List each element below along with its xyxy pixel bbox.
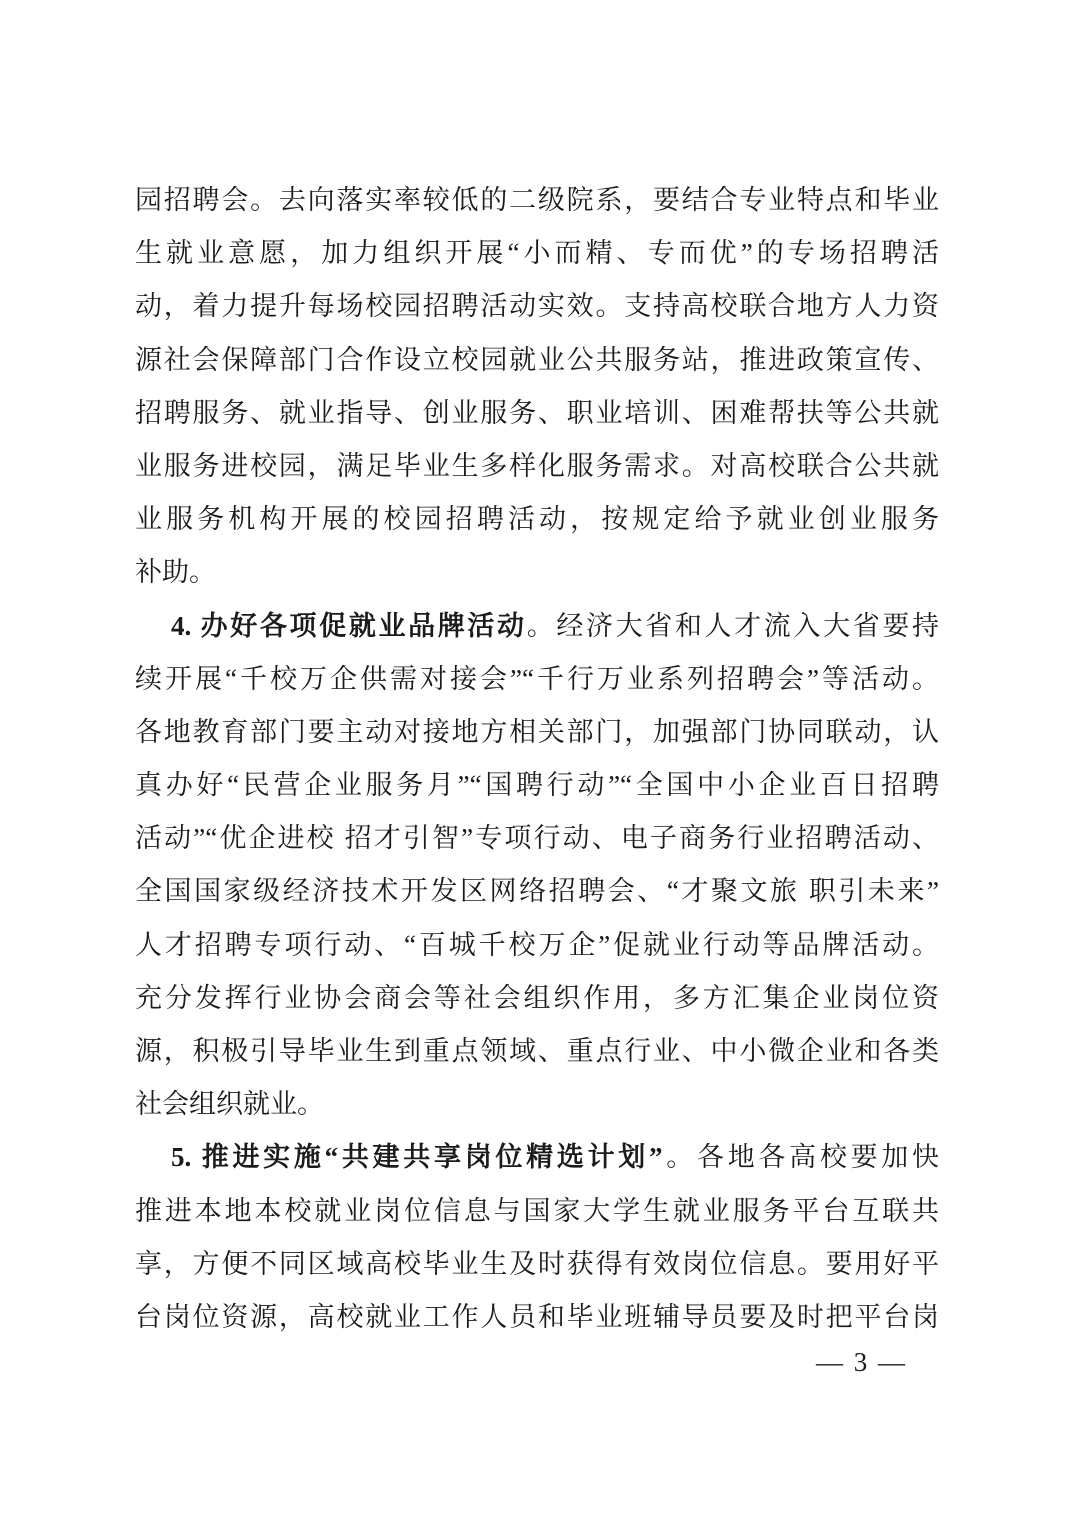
- paragraph-end-line: 社会组织就业。: [135, 1078, 939, 1131]
- item-5-heading-line: 5. 推进实施“共建共享岗位精选计划”。各地各高校要加快: [135, 1131, 939, 1184]
- text-line: 活动”“优企进校 招才引智”专项行动、电子商务行业招聘活动、: [135, 812, 939, 865]
- text-line: 台岗位资源，高校就业工作人员和毕业班辅导员要及时把平台岗: [135, 1291, 939, 1344]
- document-text-block: 园招聘会。去向落实率较低的二级院系，要结合专业特点和毕业 生就业意愿，加力组织开…: [135, 174, 939, 1344]
- text-line: 业服务进校园，满足毕业生多样化服务需求。对高校联合公共就: [135, 440, 939, 493]
- item-4-heading-line: 4. 办好各项促就业品牌活动。经济大省和人才流入大省要持: [135, 600, 939, 653]
- item-4-heading: 4. 办好各项促就业品牌活动: [171, 611, 527, 641]
- item-4-body-start: 。经济大省和人才流入大省要持: [527, 611, 939, 641]
- text-line: 各地教育部门要主动对接地方相关部门，加强部门协同联动，认: [135, 706, 939, 759]
- paragraph-end-line: 补助。: [135, 546, 939, 599]
- text-line: 园招聘会。去向落实率较低的二级院系，要结合专业特点和毕业: [135, 174, 939, 227]
- page-number: — 3 —: [816, 1346, 907, 1378]
- text-line: 真办好“民营企业服务月”“国聘行动”“全国中小企业百日招聘: [135, 759, 939, 812]
- document-page: 园招聘会。去向落实率较低的二级院系，要结合专业特点和毕业 生就业意愿，加力组织开…: [0, 0, 1074, 1519]
- text-line: 业服务机构开展的校园招聘活动，按规定给予就业创业服务: [135, 493, 939, 546]
- text-line: 动，着力提升每场校园招聘活动实效。支持高校联合地方人力资: [135, 280, 939, 333]
- text-line: 续开展“千校万企供需对接会”“千行万业系列招聘会”等活动。: [135, 653, 939, 706]
- text-line: 全国国家级经济技术开发区网络招聘会、“才聚文旅 职引未来”: [135, 865, 939, 918]
- item-5-body-start: 。各地各高校要加快: [663, 1142, 939, 1172]
- item-5-heading: 5. 推进实施“共建共享岗位精选计划”: [171, 1142, 663, 1172]
- text-line: 源，积极引导毕业生到重点领域、重点行业、中小微企业和各类: [135, 1025, 939, 1078]
- text-line: 人才招聘专项行动、“百城千校万企”促就业行动等品牌活动。: [135, 919, 939, 972]
- text-line: 充分发挥行业协会商会等社会组织作用，多方汇集企业岗位资: [135, 972, 939, 1025]
- text-line: 生就业意愿，加力组织开展“小而精、专而优”的专场招聘活: [135, 227, 939, 280]
- text-line: 源社会保障部门合作设立校园就业公共服务站，推进政策宣传、: [135, 334, 939, 387]
- text-line: 招聘服务、就业指导、创业服务、职业培训、困难帮扶等公共就: [135, 387, 939, 440]
- text-line: 推进本地本校就业岗位信息与国家大学生就业服务平台互联共: [135, 1185, 939, 1238]
- text-line: 享，方便不同区域高校毕业生及时获得有效岗位信息。要用好平: [135, 1238, 939, 1291]
